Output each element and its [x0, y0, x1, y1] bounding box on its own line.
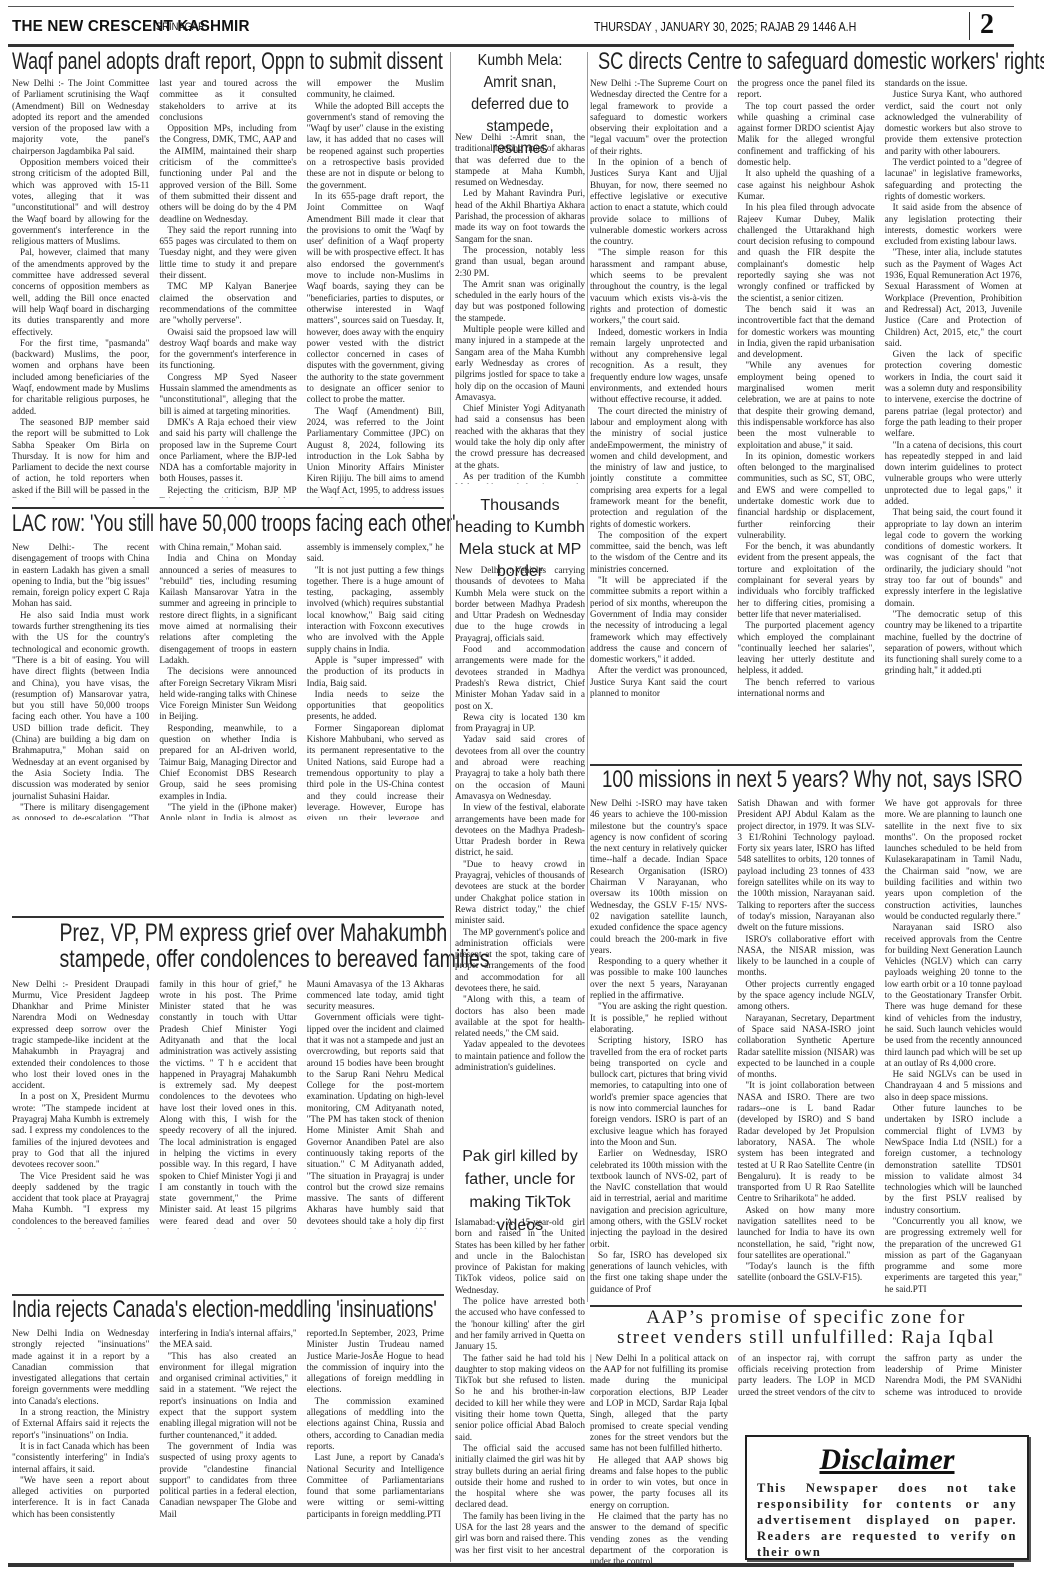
paragraph: Led by Mahant Ravindra Puri, head of the… [455, 188, 585, 244]
paragraph: Chief Minister Yogi Adityanath had said … [455, 403, 585, 471]
paragraph: India needs to seize the opportunities t… [307, 689, 444, 723]
article-prez-condolences: Prez, VP, PM express grief over Mahakumb… [12, 920, 444, 1236]
paragraph: ISRO's collaborative effort with NASA, t… [737, 934, 874, 979]
paragraph: The bench referred to various internatio… [737, 677, 874, 700]
lac-col-3: assembly is immensely complex," he said.… [307, 542, 444, 820]
column-separator-right [587, 52, 588, 1302]
article-lac: LAC row: 'You still have 50,000 troops f… [12, 512, 444, 822]
prez-col-1: New Delhi :- President Draupadi Murmu, V… [12, 979, 149, 1229]
paragraph: The government of India was suspected of… [159, 1441, 296, 1520]
paragraph: New Delhi :- The Joint Committee of Parl… [12, 78, 149, 157]
article-isro: 100 missions in next 5 years? Why not, s… [590, 768, 1022, 1300]
pak-col: Islamabad:- A 15-year-old girl born and … [455, 1217, 585, 1557]
sc-col-2: the progress once the panel filed its re… [737, 78, 874, 758]
paragraph: "You are asking the right question. It i… [590, 1001, 727, 1035]
paragraph: of an inspector raj, with corrupt offici… [738, 1353, 875, 1395]
paragraph: "There is military disengagement as oppo… [12, 802, 149, 820]
paragraph: The purported placement agency which emp… [737, 620, 874, 676]
paragraph: "It will be appreciated if the committee… [590, 575, 727, 665]
issue-date: THURSDAY , JANUARY 30, 2025; RAJAB 29 14… [594, 19, 856, 34]
paragraph: The top court passed the order while qua… [737, 101, 874, 169]
paragraph: "Today's launch is the fifth satellite (… [737, 1261, 874, 1284]
edition-city: SRINAGAR [156, 21, 205, 33]
headline-lac: LAC row: 'You still have 50,000 troops f… [12, 512, 332, 542]
prez-col-2: family in this hour of grief," he wrote … [159, 979, 296, 1229]
isro-col-2: Satish Dhawan and with former President … [737, 798, 874, 1296]
paragraph: "While any avenues for employment being … [737, 360, 874, 450]
paragraph: He claimed that the party has no answer … [590, 1511, 728, 1563]
paragraph: The official said the accused initially … [455, 1443, 585, 1511]
paragraph: Asked on how many more navigation satell… [737, 1205, 874, 1261]
paragraph: Apple is "super impressed" with the prod… [307, 655, 444, 689]
paragraph: Pal, however, claimed that many of the a… [12, 247, 149, 337]
headline-prez-line2: stampede, offer condolences to bereaved … [60, 946, 397, 972]
paragraph: The composition of the expert committee,… [590, 530, 727, 575]
paragraph: He said NGLVs can be used in Chandrayaan… [885, 1069, 1022, 1103]
paragraph: Narayanan said ISRO also received approv… [885, 922, 1022, 1069]
paragraph: New Delhi India on Wednesday strongly re… [12, 1328, 149, 1407]
paragraph: Multiple people were killed and many inj… [455, 324, 585, 403]
paragraph: The bench said it was an incontrovertibl… [737, 304, 874, 360]
paragraph: Other future launches to be undertaken b… [885, 1103, 1022, 1216]
canada-col-2: interfering in India's internal affairs,… [159, 1328, 296, 1561]
isro-col-1: New Delhi :-ISRO may have taken 46 years… [590, 798, 727, 1296]
paragraph: New Delhi:- The recent disengagement of … [12, 542, 149, 610]
page-number: 2 [980, 9, 994, 41]
paragraph: In a post on X, President Murmu wrote: "… [12, 1091, 149, 1170]
isro-col-3: We have got approvals for three more. We… [885, 798, 1022, 1296]
canada-col-3: reported.In September, 2023, Prime Minis… [307, 1328, 444, 1561]
divider-lac-prez [12, 916, 444, 918]
article-waqf: Waqf panel adopts draft report, Oppn to … [12, 50, 444, 502]
paragraph: In its 655-page draft report, the Joint … [307, 191, 444, 406]
paragraph: Yadav said said crores of devotees from … [455, 734, 585, 802]
paragraph: Rewa city is located 130 km from Prayagr… [455, 712, 585, 735]
paragraph: assembly is immensely complex," he said. [307, 542, 444, 565]
paragraph: The Amrit snan was originally scheduled … [455, 279, 585, 324]
paragraph: In its opinion, domestic workers often b… [737, 451, 874, 541]
paragraph: After the verdict was pronounced, Justic… [590, 665, 727, 699]
paragraph: For the first time, "pasmanda" (backward… [12, 338, 149, 417]
headline-canada: India rejects Canada's election-meddling… [12, 1298, 332, 1328]
waqf-col-2: last year and toured across the committe… [159, 78, 296, 498]
paragraph: Congress MP Syed Naseer Hussain slammed … [159, 372, 296, 417]
paragraph: DMK's A Raja echoed their view and said … [159, 417, 296, 485]
paragraph: "Concurrently you all know, we are progr… [885, 1216, 1022, 1295]
paragraph: TMC MP Kalyan Banerjee claimed the obser… [159, 281, 296, 326]
paragraph: Islamabad:- A 15-year-old girl born and … [455, 1217, 585, 1296]
paragraph: As per tradition of the Kumbh Mela, akha… [455, 471, 585, 484]
waqf-col-1: New Delhi :- The Joint Committee of Parl… [12, 78, 149, 498]
headline-kumbh: Kumbh Mela: Amrit snan, deferred due to … [462, 50, 579, 132]
paragraph: "These, inter alia, include statutes suc… [885, 247, 1022, 349]
paragraph: "The yield in the (iPhone maker) Apple p… [159, 802, 296, 820]
paragraph: Opposition MPs, including from the Congr… [159, 123, 296, 225]
paragraph: Government officials were tight-lipped o… [307, 1012, 444, 1228]
paragraph: In view of the festival, elaborate arran… [455, 802, 585, 858]
paragraph: will empower the Muslim community, he cl… [307, 78, 444, 101]
aap-col-3: the saffron party as under the leadershi… [885, 1353, 1022, 1395]
paragraph: Satish Dhawan and with former President … [737, 798, 874, 934]
paragraph: In the opinion of a bench of Justices Su… [590, 157, 727, 247]
paragraph: The Waqf (Amendment) Bill, 2024, was ref… [307, 406, 444, 498]
paragraph: That being said, the court found it appr… [885, 507, 1022, 609]
paragraph: It said aside from the absence of any le… [885, 202, 1022, 247]
paragraph: Scripting history, ISRO has travelled fr… [590, 1035, 727, 1148]
paragraph: The decisions were announced after Forei… [159, 666, 296, 722]
bottom-rule [8, 1563, 1014, 1567]
paragraph: The seasoned BJP member said the report … [12, 417, 149, 498]
paragraph: New Delhi :- President Draupadi Murmu, V… [12, 979, 149, 1092]
paragraph: standards on the issue. [885, 78, 1022, 89]
newspaper-name: THE NEW CRESCENT KASHMIR [12, 18, 250, 36]
paragraph: The procession, notably less grand than … [455, 245, 585, 279]
paragraph: "In a catena of decisions, this court ha… [885, 440, 1022, 508]
headline-pak-girl: Pak girl killed by father, uncle for mak… [455, 1145, 585, 1217]
paragraph: reported.In September, 2023, Prime Minis… [307, 1328, 444, 1396]
paragraph: In a strong reaction, the Ministry of Ex… [12, 1407, 149, 1441]
disclaimer-title: Disclaimer [757, 1443, 1017, 1476]
paragraph: "It is not just putting a few things tog… [307, 565, 444, 655]
paragraph: They said the report running into 655 pa… [159, 225, 296, 281]
paragraph: For the bench, it was abundantly evident… [737, 541, 874, 620]
headline-waqf: Waqf panel adopts draft report, Oppn to … [12, 50, 332, 78]
paragraph: Mauni Amavasya of the 13 Akharas commenc… [307, 979, 444, 1013]
paragraph: So far, ISRO has developed six generatio… [590, 1250, 727, 1295]
paragraph: | New Delhi In a political attack on the… [590, 1353, 728, 1455]
paragraph: Earlier on Wednesday, ISRO celebrated it… [590, 1148, 727, 1250]
paragraph: interfering in India's internal affairs,… [159, 1328, 296, 1351]
top-rule [8, 6, 1014, 7]
paragraph: New Delhi :-Vehicles carrying thousands … [455, 565, 585, 644]
article-sc-domestic-workers: SC directs Centre to safeguard domestic … [590, 50, 1022, 762]
paragraph: Other projects currently engaged by the … [737, 979, 874, 1013]
masthead-rule [8, 44, 1014, 47]
lac-col-1: New Delhi:- The recent disengagement of … [12, 542, 149, 820]
paragraph: "Due to heavy crowd in Prayagraj, vehicl… [455, 859, 585, 927]
headline-aap-line1: AAP’s promise of specific zone for [590, 1308, 1022, 1328]
sc-col-1: New Delhi :-The Supreme Court on Wednesd… [590, 78, 727, 758]
paragraph: "Along with this, a team of doctors has … [455, 994, 585, 1039]
headline-prez-line1: Prez, VP, PM express grief over Mahakumb… [60, 920, 397, 946]
paragraph: New Delhi :-ISRO may have taken 46 years… [590, 798, 727, 956]
paragraph: Rejecting the criticism, BJP MP Tejasvi … [159, 485, 296, 498]
paragraph: The commission examined allegations of m… [307, 1396, 444, 1452]
lac-col-2: with China remain," Mohan said.India and… [159, 542, 296, 820]
sc-col-3: standards on the issue.Justice Surya Kan… [885, 78, 1022, 758]
headline-aap-line2: street venders still unfulfilled: Raja I… [590, 1328, 1022, 1348]
aap-col-2: of an inspector raj, with corrupt offici… [738, 1353, 875, 1395]
paragraph: "We have seen a report about alleged act… [12, 1475, 149, 1520]
article-mp-border: Thousands heading to Kumbh Mela stuck at… [455, 495, 585, 1075]
paragraph: with China remain," Mohan said. [159, 542, 296, 553]
paragraph: Given the lack of specific protection co… [885, 349, 1022, 439]
paragraph: Owaisi said the propsoed law will destro… [159, 327, 296, 372]
paragraph: Indeed, domestic workers in India remain… [590, 327, 727, 406]
paragraph: In his plea filed through advocate Rajee… [737, 202, 874, 304]
paragraph: It is in fact Canada which has been "con… [12, 1441, 149, 1475]
paragraph: The verdict pointed to a "degree of lacu… [885, 157, 1022, 202]
paragraph: Food and accommodation arrangements were… [455, 644, 585, 712]
paragraph: "It is joint collaboration between NASA … [737, 1080, 874, 1204]
paragraph: Opposition members voiced their strong c… [12, 157, 149, 247]
paragraph: "The democratic setup of this country ma… [885, 609, 1022, 677]
prez-col-3: Mauni Amavasya of the 13 Akharas commenc… [307, 979, 444, 1229]
headline-sc: SC directs Centre to safeguard domestic … [598, 50, 920, 78]
paragraph: New Delhi :-The Supreme Court on Wednesd… [590, 78, 727, 157]
divider-waqf-lac [12, 507, 444, 509]
waqf-col-3: will empower the Muslim community, he cl… [307, 78, 444, 498]
article-canada: India rejects Canada's election-meddling… [12, 1298, 444, 1563]
column-separator-left [450, 52, 451, 1562]
paragraph: While the adopted Bill accepts the gover… [307, 101, 444, 191]
disclaimer-body: This Newspaper does not take responsibil… [757, 1480, 1017, 1560]
headline-isro: 100 missions in next 5 years? Why not, s… [602, 768, 930, 798]
paragraph: We have got approvals for three more. We… [885, 798, 1022, 922]
kumbh-col: New Delhi :-Amrit snan, the traditional … [455, 132, 585, 484]
paragraph: It also upheld the quashing of a case ag… [737, 168, 874, 202]
aap-col-1: | New Delhi In a political attack on the… [590, 1353, 728, 1563]
masthead: THE NEW CRESCENT KASHMIR SRINAGAR THURSD… [0, 0, 1044, 50]
paragraph: the saffron party as under the leadershi… [885, 1353, 1022, 1395]
paragraph: Narayanan, Secretary, Department of Spac… [737, 1013, 874, 1081]
canada-col-1: New Delhi India on Wednesday strongly re… [12, 1328, 149, 1561]
paragraph: He also said India must work towards fur… [12, 610, 149, 802]
paragraph: family in this hour of grief," he wrote … [159, 979, 296, 1229]
mp-border-col: New Delhi :-Vehicles carrying thousands … [455, 565, 585, 1073]
disclaimer-box: Disclaimer This Newspaper does not take … [745, 1435, 1029, 1560]
paragraph: The family has been living in the USA fo… [455, 1511, 585, 1557]
paragraph: Responding, meanwhile, to a question on … [159, 723, 296, 802]
paragraph: The court directed the ministry of labou… [590, 406, 727, 530]
paragraph: The father said he had told his daughter… [455, 1353, 585, 1443]
paragraph: "This has also created an environment fo… [159, 1351, 296, 1441]
headline-mp-border: Thousands heading to Kumbh Mela stuck at… [455, 495, 585, 565]
masthead-divider [969, 12, 970, 40]
paragraph: India and China on Monday announced a se… [159, 553, 296, 666]
paragraph: Justice Surya Kant, who authored verdict… [885, 89, 1022, 157]
paragraph: the progress once the panel filed its re… [737, 78, 874, 101]
paragraph: The Vice President said he was deeply sa… [12, 1171, 149, 1229]
paragraph: He alleged that AAP shows big dreams and… [590, 1455, 728, 1511]
paragraph: Former Singaporean diplomat Kishore Mahb… [307, 723, 444, 820]
article-kumbh-amrit-snan: Kumbh Mela: Amrit snan, deferred due to … [455, 50, 585, 490]
article-pak-girl: Pak girl killed by father, uncle for mak… [455, 1145, 585, 1565]
paragraph: Last June, a report by Canada's National… [307, 1452, 444, 1520]
paragraph: last year and toured across the committe… [159, 78, 296, 123]
paragraph: The police have arrested both the accuse… [455, 1296, 585, 1352]
paragraph: Yadav appealed to the devotees to mainta… [455, 1039, 585, 1073]
paragraph: Responding to a query whether it was pos… [590, 956, 727, 1001]
paragraph: "The simple reason for this harassment a… [590, 247, 727, 326]
